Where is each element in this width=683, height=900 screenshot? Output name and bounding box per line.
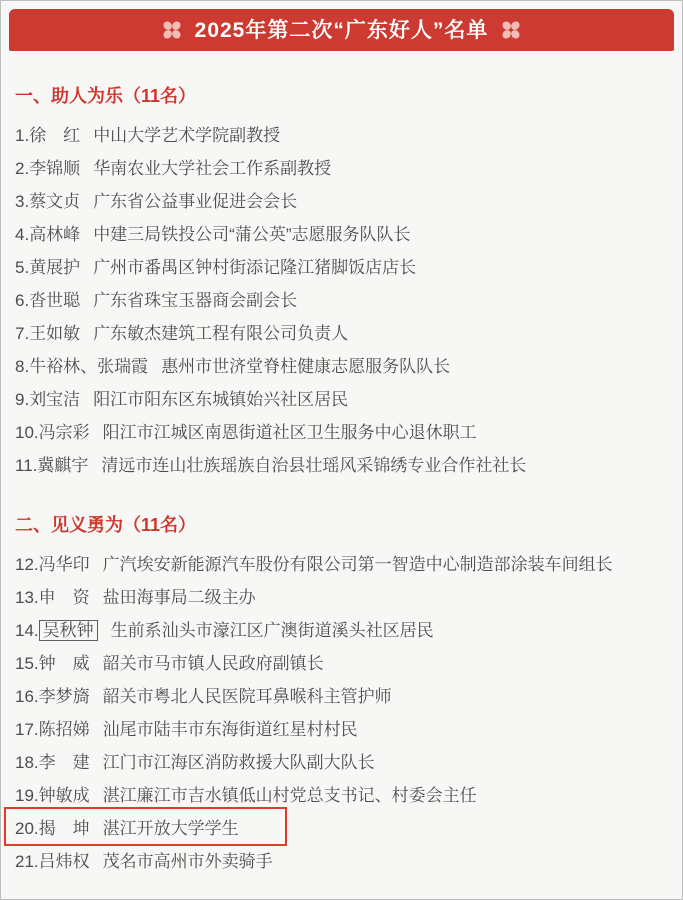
honoree-number: 17.: [15, 720, 39, 739]
honoree-name: 牛裕林、张瑞霞: [29, 357, 148, 376]
honoree-row: 6.沓世聪广东省珠宝玉器商会副会长: [15, 282, 668, 315]
honoree-number: 6.: [15, 291, 29, 310]
honoree-name: 王如敏: [29, 324, 80, 343]
honoree-name: 申 资: [39, 588, 90, 607]
honoree-name: 蔡文贞: [29, 192, 80, 211]
honoree-number: 19.: [15, 786, 39, 805]
honoree-row: 15.钟 威韶关市马市镇人民政府副镇长: [15, 645, 668, 678]
honoree-name: 吕炜权: [39, 852, 90, 871]
honoree-description: 广汽埃安新能源汽车股份有限公司第一智造中心制造部涂装车间组长: [103, 555, 613, 574]
honoree-name: 钟敏成: [39, 786, 90, 805]
honoree-name: 李 建: [39, 753, 90, 772]
honoree-entry: 1.徐 红中山大学艺术学院副教授: [15, 121, 280, 146]
honoree-entry: 8.牛裕林、张瑞霞惠州市世济堂脊柱健康志愿服务队队长: [15, 352, 450, 377]
honoree-name: 李锦顺: [29, 159, 80, 178]
name-list: 一、助人为乐（11名） 1.徐 红中山大学艺术学院副教授 2.李锦顺华南农业大学…: [1, 85, 682, 876]
flower-icon-right: [500, 19, 522, 41]
honoree-row: 3.蔡文贞广东省公益事业促进会会长: [15, 183, 668, 216]
honoree-number: 10.: [15, 423, 39, 442]
honoree-description: 中建三局铁投公司“蒲公英”志愿服务队队长: [93, 225, 410, 244]
honoree-name: 李梦旖: [39, 687, 90, 706]
honoree-description: 韶关市粤北人民医院耳鼻喉科主管护师: [103, 687, 392, 706]
honoree-number: 18.: [15, 753, 39, 772]
honoree-description: 清远市连山壮族瑶族自治县壮瑶风采锦绣专业合作社社长: [101, 456, 526, 475]
honoree-name: 揭 坤: [39, 819, 90, 838]
honoree-description: 广东省珠宝玉器商会副会长: [93, 291, 297, 310]
honoree-row: 13.申 资盐田海事局二级主办: [15, 579, 668, 612]
honoree-number: 8.: [15, 357, 29, 376]
honoree-list: 1.徐 红中山大学艺术学院副教授 2.李锦顺华南农业大学社会工作系副教授 3.蔡…: [15, 117, 668, 480]
honoree-name: 黄展护: [29, 258, 80, 277]
honoree-name: 冯宗彩: [39, 423, 90, 442]
honoree-row: 14.吴秋钟生前系汕头市濠江区广澳街道溪头社区居民: [15, 612, 668, 645]
honoree-row: 19.钟敏成湛江廉江市吉水镇低山村党总支书记、村委会主任: [15, 777, 668, 810]
honoree-description: 盐田海事局二级主办: [103, 588, 256, 607]
honoree-number: 5.: [15, 258, 29, 277]
honoree-entry: 16.李梦旖韶关市粤北人民医院耳鼻喉科主管护师: [15, 682, 392, 707]
honoree-name: 沓世聪: [29, 291, 80, 310]
honoree-name: 刘宝洁: [29, 390, 80, 409]
honoree-description: 生前系汕头市濠江区广澳街道溪头社区居民: [111, 621, 434, 640]
honoree-name: 钟 威: [39, 654, 90, 673]
honoree-entry: 6.沓世聪广东省珠宝玉器商会副会长: [15, 286, 297, 311]
honoree-row: 4.高林峰中建三局铁投公司“蒲公英”志愿服务队队长: [15, 216, 668, 249]
honoree-number: 15.: [15, 654, 39, 673]
honoree-row: 21.吕炜权茂名市高州市外卖骑手: [15, 843, 668, 876]
flower-icon-left: [161, 19, 183, 41]
honoree-number: 14.: [15, 621, 39, 640]
honoree-entry: 3.蔡文贞广东省公益事业促进会会长: [15, 187, 297, 212]
page-title: 2025年第二次“广东好人”名单: [195, 20, 489, 41]
honoree-row: 2.李锦顺华南农业大学社会工作系副教授: [15, 150, 668, 183]
honoree-description: 广东敏杰建筑工程有限公司负责人: [93, 324, 348, 343]
honoree-entry: 18.李 建江门市江海区消防救援大队副大队长: [15, 748, 375, 773]
honoree-entry: 15.钟 威韶关市马市镇人民政府副镇长: [15, 649, 324, 674]
honoree-description: 湛江开放大学学生: [103, 819, 239, 838]
honoree-row: 5.黄展护广州市番禺区钟村街添记隆江猪脚饭店店长: [15, 249, 668, 282]
honoree-entry: 20.揭 坤湛江开放大学学生: [4, 807, 287, 846]
honoree-description: 阳江市江城区南恩街道社区卫生服务中心退休职工: [103, 423, 477, 442]
honoree-description: 汕尾市陆丰市东海街道红星村村民: [103, 720, 358, 739]
honoree-entry: 19.钟敏成湛江廉江市吉水镇低山村党总支书记、村委会主任: [15, 781, 477, 806]
honoree-entry: 7.王如敏广东敏杰建筑工程有限公司负责人: [15, 319, 348, 344]
title-banner: 2025年第二次“广东好人”名单: [9, 9, 674, 51]
honoree-name: 吴秋钟: [39, 620, 98, 641]
honoree-entry: 4.高林峰中建三局铁投公司“蒲公英”志愿服务队队长: [15, 220, 411, 245]
honoree-number: 20.: [15, 819, 39, 838]
honoree-row: 17.陈招娣汕尾市陆丰市东海街道红星村村民: [15, 711, 668, 744]
honoree-number: 1.: [15, 126, 29, 145]
honoree-entry: 14.吴秋钟生前系汕头市濠江区广澳街道溪头社区居民: [15, 616, 434, 641]
honoree-row: 9.刘宝洁阳江市阳东区东城镇始兴社区居民: [15, 381, 668, 414]
honoree-row: 18.李 建江门市江海区消防救援大队副大队长: [15, 744, 668, 777]
honoree-description: 广州市番禺区钟村街添记隆江猪脚饭店店长: [93, 258, 416, 277]
honoree-number: 21.: [15, 852, 39, 871]
honoree-row: 11.冀麒宇清远市连山壮族瑶族自治县壮瑶风采锦绣专业合作社社长: [15, 447, 668, 480]
honoree-name: 冀麒宇: [37, 456, 88, 475]
award-category-section: 一、助人为乐（11名） 1.徐 红中山大学艺术学院副教授 2.李锦顺华南农业大学…: [15, 85, 668, 480]
honoree-number: 4.: [15, 225, 29, 244]
honoree-entry: 10.冯宗彩阳江市江城区南恩街道社区卫生服务中心退休职工: [15, 418, 477, 443]
honoree-entry: 11.冀麒宇清远市连山壮族瑶族自治县壮瑶风采锦绣专业合作社社长: [15, 451, 526, 476]
honoree-description: 广东省公益事业促进会会长: [93, 192, 297, 211]
honoree-entry: 17.陈招娣汕尾市陆丰市东海街道红星村村民: [15, 715, 358, 740]
honoree-row: 1.徐 红中山大学艺术学院副教授: [15, 117, 668, 150]
honoree-number: 7.: [15, 324, 29, 343]
honoree-description: 惠州市世济堂脊柱健康志愿服务队队长: [161, 357, 450, 376]
honoree-entry: 5.黄展护广州市番禺区钟村街添记隆江猪脚饭店店长: [15, 253, 416, 278]
honoree-number: 16.: [15, 687, 39, 706]
honoree-description: 江门市江海区消防救援大队副大队长: [103, 753, 375, 772]
honoree-row: 8.牛裕林、张瑞霞惠州市世济堂脊柱健康志愿服务队队长: [15, 348, 668, 381]
honoree-row: 16.李梦旖韶关市粤北人民医院耳鼻喉科主管护师: [15, 678, 668, 711]
honoree-entry: 9.刘宝洁阳江市阳东区东城镇始兴社区居民: [15, 385, 348, 410]
honoree-number: 3.: [15, 192, 29, 211]
document-page: 2025年第二次“广东好人”名单 一、助人为乐（11名） 1.徐 红中山大学艺术…: [0, 0, 683, 900]
honoree-row: 12.冯华印广汽埃安新能源汽车股份有限公司第一智造中心制造部涂装车间组长: [15, 546, 668, 579]
honoree-entry: 2.李锦顺华南农业大学社会工作系副教授: [15, 154, 331, 179]
honoree-description: 华南农业大学社会工作系副教授: [93, 159, 331, 178]
honoree-number: 12.: [15, 555, 39, 574]
honoree-description: 中山大学艺术学院副教授: [93, 126, 280, 145]
honoree-number: 13.: [15, 588, 39, 607]
honoree-row: 10.冯宗彩阳江市江城区南恩街道社区卫生服务中心退休职工: [15, 414, 668, 447]
honoree-entry: 12.冯华印广汽埃安新能源汽车股份有限公司第一智造中心制造部涂装车间组长: [15, 550, 613, 575]
honoree-name: 陈招娣: [39, 720, 90, 739]
honoree-row: 20.揭 坤湛江开放大学学生: [15, 810, 668, 843]
honoree-name: 高林峰: [29, 225, 80, 244]
honoree-entry: 21.吕炜权茂名市高州市外卖骑手: [15, 847, 273, 872]
honoree-description: 湛江廉江市吉水镇低山村党总支书记、村委会主任: [103, 786, 477, 805]
honoree-number: 11.: [15, 456, 37, 475]
award-category-section: 二、见义勇为（11名） 12.冯华印广汽埃安新能源汽车股份有限公司第一智造中心制…: [15, 514, 668, 876]
honoree-entry: 13.申 资盐田海事局二级主办: [15, 583, 256, 608]
honoree-row: 7.王如敏广东敏杰建筑工程有限公司负责人: [15, 315, 668, 348]
honoree-name: 徐 红: [29, 126, 80, 145]
honoree-description: 韶关市马市镇人民政府副镇长: [103, 654, 324, 673]
honoree-description: 茂名市高州市外卖骑手: [103, 852, 273, 871]
honoree-number: 2.: [15, 159, 29, 178]
honoree-list: 12.冯华印广汽埃安新能源汽车股份有限公司第一智造中心制造部涂装车间组长 13.…: [15, 546, 668, 876]
section-heading: 二、见义勇为（11名）: [15, 514, 668, 536]
honoree-name: 冯华印: [39, 555, 90, 574]
honoree-description: 阳江市阳东区东城镇始兴社区居民: [93, 390, 348, 409]
section-heading: 一、助人为乐（11名）: [15, 85, 668, 107]
honoree-number: 9.: [15, 390, 29, 409]
